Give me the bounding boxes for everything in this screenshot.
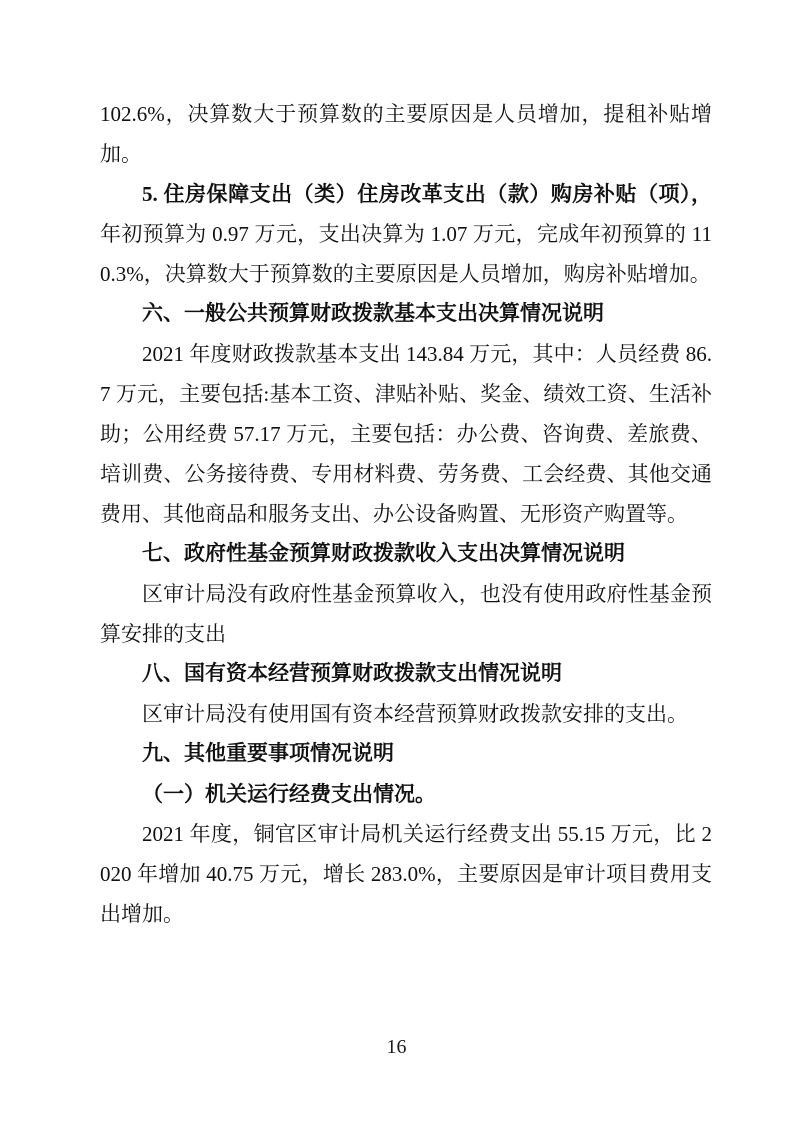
paragraph-continuation: 102.6%，决算数大于预算数的主要原因是人员增加，提租补贴增加。 [100,94,712,174]
paragraph-state-capital: 区审计局没有使用国有资本经营预算财政拨款安排的支出。 [100,694,712,734]
section-heading-nine: 九、其他重要事项情况说明 [100,734,712,774]
section-heading-eight: 八、国有资本经营预算财政拨款支出情况说明 [100,654,712,694]
subsection-heading-one: （一）机关运行经费支出情况。 [100,774,712,814]
paragraph-operating-expenses: 2021 年度，铜官区审计局机关运行经费支出 55.15 万元，比 2020 年… [100,814,712,934]
item-5-text: 年初预算为 0.97 万元，支出决算为 1.07 万元，完成年初预算的 110.… [100,222,712,286]
page-content: 102.6%，决算数大于预算数的主要原因是人员增加，提租补贴增加。 5. 住房保… [100,94,712,934]
paragraph-government-fund: 区审计局没有政府性基金预算收入，也没有使用政府性基金预算安排的支出 [100,574,712,654]
paragraph-item-5: 5. 住房保障支出（类）住房改革支出（款）购房补贴（项），年初预算为 0.97 … [100,174,712,294]
page-footer: 16 [0,1034,793,1060]
section-heading-seven: 七、政府性基金预算财政拨款收入支出决算情况说明 [100,534,712,574]
section-heading-six: 六、一般公共预算财政拨款基本支出决算情况说明 [100,294,712,334]
page-number: 16 [387,1036,407,1058]
item-5-title: 5. 住房保障支出（类）住房改革支出（款）购房补贴（项）， [142,182,712,206]
document-page: 102.6%，决算数大于预算数的主要原因是人员增加，提租补贴增加。 5. 住房保… [0,0,793,1122]
paragraph-basic-expenditure: 2021 年度财政拨款基本支出 143.84 万元，其中：人员经费 86.7 万… [100,334,712,534]
